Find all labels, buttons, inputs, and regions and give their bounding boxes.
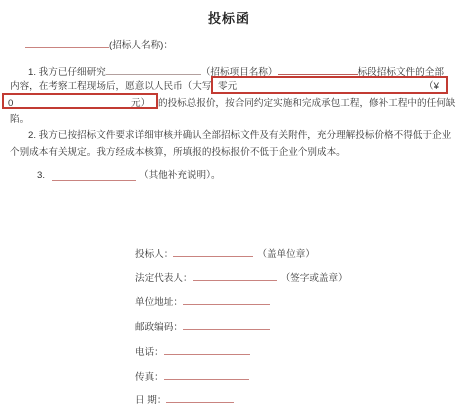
doc-page: 投标函 (招标人名称)： 1. 我方已仔细研究（招标项目名称）标段招标文件的全部… xyxy=(0,0,458,410)
addressee-line: (招标人名称)： xyxy=(25,36,173,52)
postcode-blank-field[interactable] xyxy=(183,318,270,330)
clause1-text-start: 1. 我方已仔细研究 xyxy=(28,67,106,78)
clause1-line4-body: 陷。 xyxy=(10,114,29,125)
signature-row-date: 日 期： xyxy=(135,391,234,407)
signature-row-fax: 传真： xyxy=(135,368,249,384)
clause2-line2-body: 个别成本有关规定。我方经成本核算，所填报的投标报价不低于企业个别成本。 xyxy=(10,147,346,158)
bidder-blank-field[interactable] xyxy=(173,245,253,257)
bidder-label: 投标人： xyxy=(135,249,173,260)
project-name-blank-field[interactable] xyxy=(106,63,201,75)
clause3-label: （其他补充说明）。 xyxy=(139,169,221,182)
clause1-line2-body: 内容，在考察工程现场后，愿意以人民币（大写 xyxy=(10,81,211,92)
fax-label: 传真： xyxy=(135,372,164,383)
address-label: 单位地址： xyxy=(135,297,183,308)
date-label: 日 期： xyxy=(135,395,166,406)
legal-representative-label: 法定代表人： xyxy=(135,273,193,284)
postcode-label: 邮政编码： xyxy=(135,322,183,333)
legal-representative-suffix: （签字或盖章） xyxy=(281,273,348,284)
date-blank-field[interactable] xyxy=(166,391,234,403)
address-blank-field[interactable] xyxy=(183,293,270,305)
clause1-line3-text: 的投标总报价，按合同约定实施和完成承包工程，修补工程中的任何缺 xyxy=(158,97,455,110)
doc-title: 投标函 xyxy=(0,12,458,25)
clause1-line4-text: 陷。 xyxy=(10,113,29,126)
signature-row-bidder: 投标人：（盖单位章） xyxy=(135,245,315,261)
highlight-box-amount-words xyxy=(211,76,448,94)
phone-label: 电话： xyxy=(135,347,164,358)
fax-blank-field[interactable] xyxy=(164,368,249,380)
addressee-blank-field[interactable] xyxy=(25,36,109,48)
highlight-box-amount-figures xyxy=(2,93,158,109)
signature-row-phone: 电话： xyxy=(135,343,250,359)
clause1-line3-body: 的投标总报价，按合同约定实施和完成承包工程，修补工程中的任何缺 xyxy=(158,98,455,109)
clause2-line1: 2. 我方已按招标文件要求详细审核并确认全部招标文件及有关附件，充分理解投标价格… xyxy=(28,129,451,142)
section-blank-field[interactable] xyxy=(278,63,358,75)
bidder-suffix: （盖单位章） xyxy=(257,249,315,260)
signature-row-legal-representative: 法定代表人：（签字或盖章） xyxy=(135,269,348,285)
clause1-line2-text: 内容，在考察工程现场后，愿意以人民币（大写 xyxy=(10,80,211,93)
clause3-number-text: 3. xyxy=(37,170,45,181)
signature-row-address: 单位地址： xyxy=(135,293,270,309)
clause3-label-text: （其他补充说明）。 xyxy=(139,170,221,181)
legal-representative-blank-field[interactable] xyxy=(193,269,277,281)
clause2-line1-body: 2. 我方已按招标文件要求详细审核并确认全部招标文件及有关附件，充分理解投标价格… xyxy=(28,130,451,141)
phone-blank-field[interactable] xyxy=(164,343,250,355)
addressee-label: (招标人名称)： xyxy=(109,40,173,51)
clause2-line2: 个别成本有关规定。我方经成本核算，所填报的投标报价不低于企业个别成本。 xyxy=(10,146,346,159)
clause3-blank-field[interactable] xyxy=(52,180,136,181)
clause3-number: 3. xyxy=(37,169,45,182)
signature-row-postcode: 邮政编码： xyxy=(135,318,270,334)
